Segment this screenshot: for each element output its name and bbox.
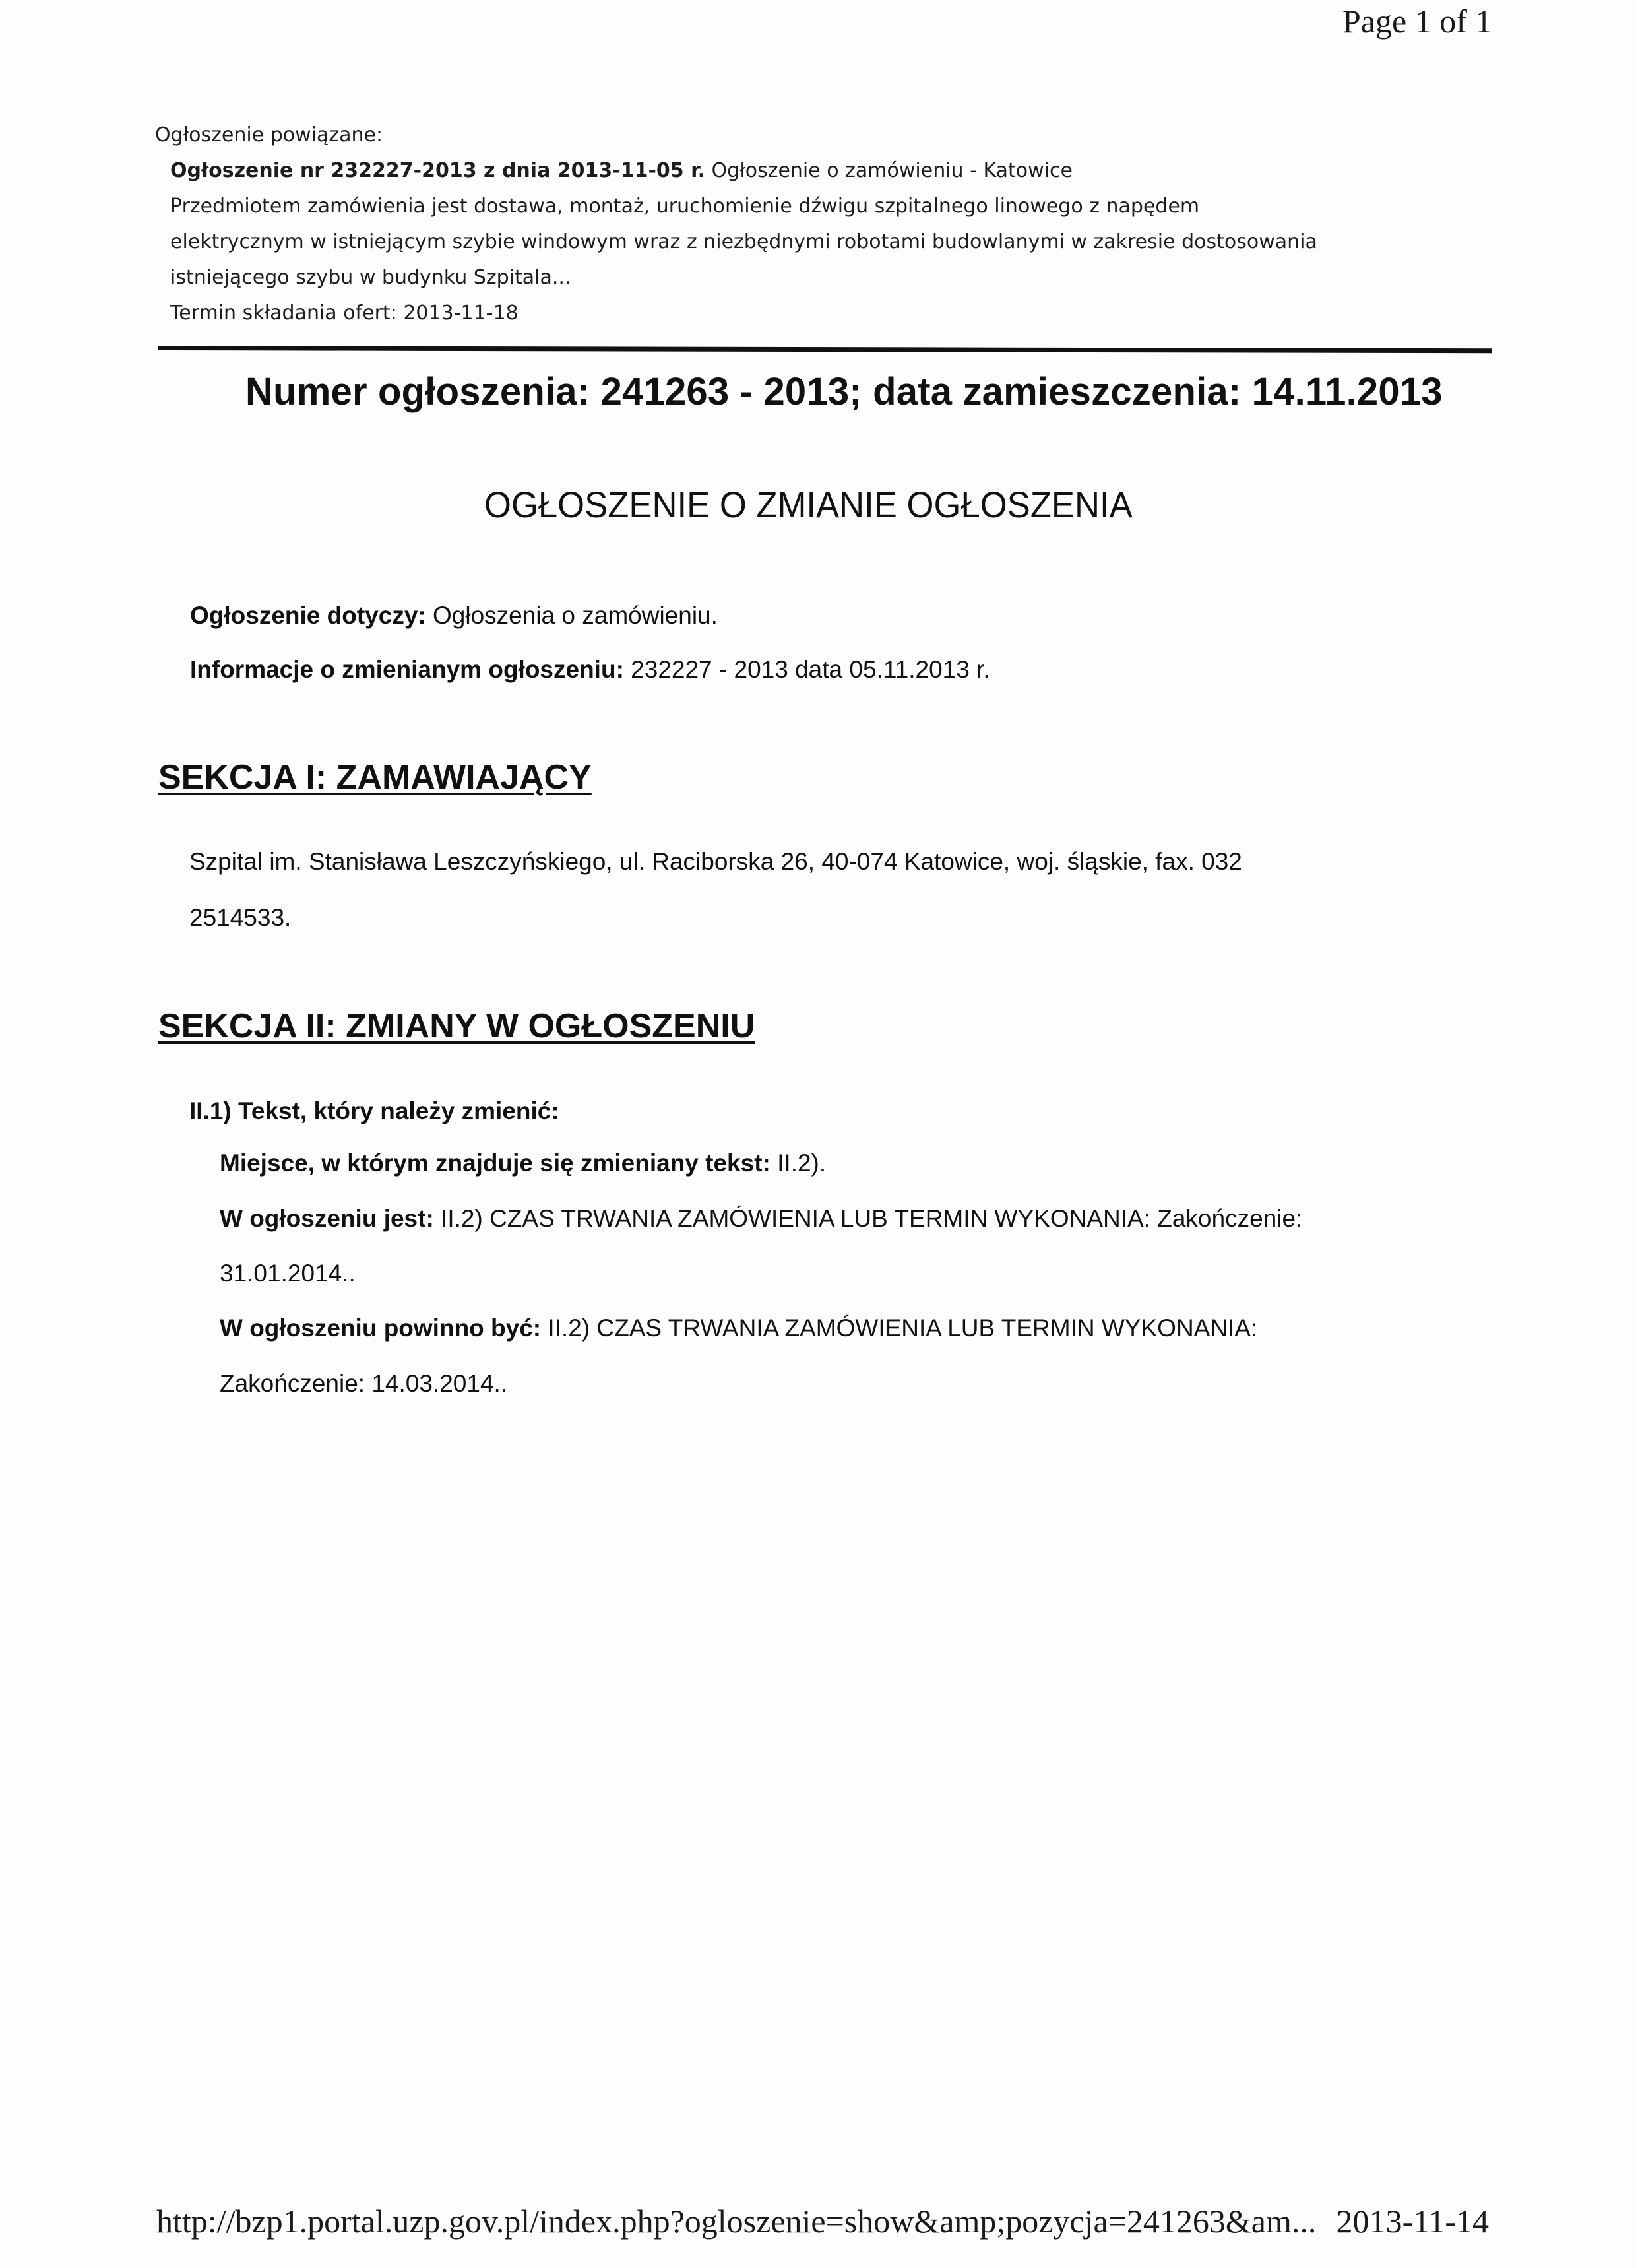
related-description-line: Przedmiotem zamówienia jest dostawa, mon… (155, 189, 1317, 224)
current-text-date: 31.01.2014.. (220, 1258, 356, 1289)
related-reference: Ogłoszenie nr 232227-2013 z dnia 2013-11… (155, 153, 1317, 189)
concerns-value: Ogłoszenia o zamówieniu. (426, 602, 718, 629)
changed-announcement-label: Informacje o zmienianym ogłoszeniu: (190, 656, 624, 683)
changed-announcement-value: 232227 - 2013 data 05.11.2013 r. (624, 656, 990, 683)
print-date: 2013-11-14 (1337, 2203, 1489, 2240)
corrected-text-line: W ogłoszeniu powinno być: II.2) CZAS TRW… (220, 1313, 1257, 1344)
concerns-line: Ogłoszenie dotyczy: Ogłoszenia o zamówie… (190, 600, 718, 631)
related-reference-type: Ogłoszenie o zamówieniu - Katowice (705, 159, 1073, 182)
horizontal-divider (158, 346, 1492, 353)
related-label: Ogłoszenie powiązane: (155, 117, 1317, 153)
related-reference-number[interactable]: Ogłoszenie nr 232227-2013 z dnia 2013-11… (170, 159, 705, 182)
print-footer: http://bzp1.portal.uzp.gov.pl/index.php?… (156, 2203, 1489, 2240)
page-indicator: Page 1 of 1 (1342, 1, 1492, 41)
related-description-line: elektrycznym w istniejącym szybie window… (155, 224, 1317, 260)
current-text-label: W ogłoszeniu jest: (220, 1205, 434, 1232)
change-place-line: Miejsce, w którym znajduje się zmieniany… (220, 1148, 826, 1179)
corrected-text-label: W ogłoszeniu powinno być: (220, 1314, 541, 1342)
announcement-number-headline: Numer ogłoszenia: 241263 - 2013; data za… (245, 368, 1443, 416)
current-text-line: W ogłoszeniu jest: II.2) CZAS TRWANIA ZA… (220, 1204, 1302, 1234)
change-item-heading: II.1) Tekst, który należy zmienić: (189, 1096, 559, 1126)
document-title: OGŁOSZENIE O ZMIANIE OGŁOSZENIA (484, 482, 1133, 528)
changed-announcement-line: Informacje o zmienianym ogłoszeniu: 2322… (190, 655, 990, 685)
section-1-heading: SEKCJA I: ZAMAWIAJĄCY (158, 758, 592, 797)
current-text-value: II.2) CZAS TRWANIA ZAMÓWIENIA LUB TERMIN… (434, 1205, 1303, 1232)
change-place-label: Miejsce, w którym znajduje się zmieniany… (220, 1150, 771, 1177)
corrected-text-date: Zakończenie: 14.03.2014.. (220, 1369, 507, 1399)
section-2-heading: SEKCJA II: ZMIANY W OGŁOSZENIU (158, 1006, 755, 1046)
concerns-label: Ogłoszenie dotyczy: (190, 602, 426, 629)
related-description-line: istniejącego szybu w budynku Szpitala... (155, 260, 1317, 296)
contracting-authority-fax: 2514533. (189, 903, 291, 933)
contracting-authority-address: Szpital im. Stanisława Leszczyńskiego, u… (189, 847, 1242, 877)
related-deadline: Termin składania ofert: 2013-11-18 (155, 296, 1317, 331)
source-url[interactable]: http://bzp1.portal.uzp.gov.pl/index.php?… (156, 2203, 1316, 2240)
change-item-heading-text: II.1) Tekst, który należy zmienić: (189, 1097, 559, 1124)
related-announcement: Ogłoszenie powiązane: Ogłoszenie nr 2322… (155, 117, 1317, 331)
change-place-value: II.2). (771, 1150, 826, 1177)
corrected-text-value: II.2) CZAS TRWANIA ZAMÓWIENIA LUB TERMIN… (541, 1314, 1257, 1342)
